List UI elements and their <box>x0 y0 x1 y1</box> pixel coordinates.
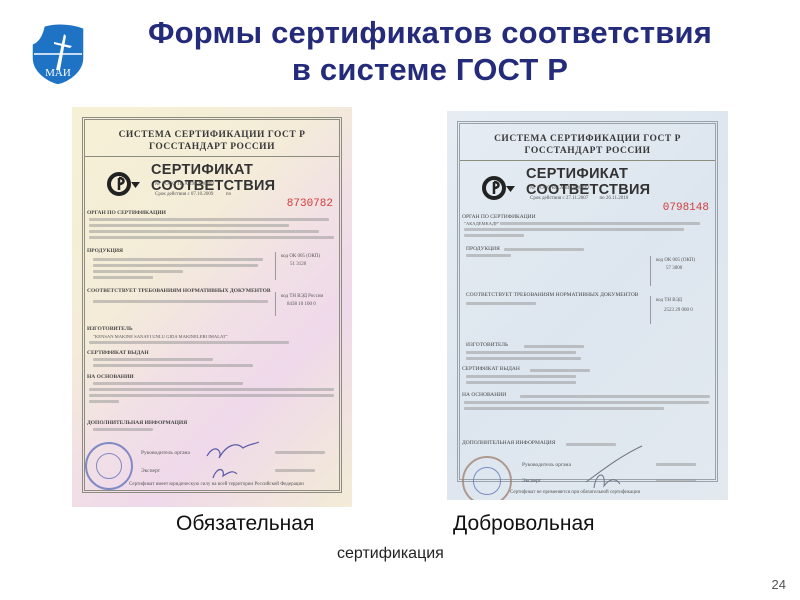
cert-footer: Сертификат имеет юридическую силу на все… <box>129 482 304 488</box>
text-line <box>520 395 710 398</box>
text-line <box>656 479 696 482</box>
title-line-1: Формы сертификатов соответствия <box>130 14 730 51</box>
head-of-body-label: Руководитель органа <box>522 462 571 468</box>
text-line <box>464 401 709 404</box>
text-line <box>93 382 243 385</box>
section-additional-info: ДОПОЛНИТЕЛЬНАЯ ИНФОРМАЦИЯ <box>87 420 187 426</box>
code-box <box>650 296 651 324</box>
text-line <box>464 234 524 237</box>
cert-header-line-2: ГОССТАНДАРТ РОССИИ <box>85 142 339 152</box>
text-line <box>89 236 334 239</box>
section-product: ПРОДУКЦИЯ <box>87 248 123 254</box>
text-line <box>464 407 664 410</box>
divider <box>85 156 339 157</box>
section-manufacturer: ИЗГОТОВИТЕЛЬ <box>466 342 508 348</box>
signature-icon <box>203 438 263 482</box>
text-line <box>89 341 289 344</box>
okp-code-value: 51 3120 <box>290 262 306 268</box>
text-line <box>466 357 581 360</box>
text-line <box>466 375 576 378</box>
caption-certification: сертификация <box>337 545 444 563</box>
text-line <box>504 248 584 251</box>
cert-header-line-2: ГОССТАНДАРТ РОССИИ <box>460 146 715 156</box>
certificate-frame: СИСТЕМА СЕРТИФИКАЦИИ ГОСТ Р ГОССТАНДАРТ … <box>457 121 718 482</box>
okp-code-label: код ОК 005 (ОКП) <box>656 258 695 264</box>
certification-org: "АКАДЕМКАДР" <box>464 221 500 227</box>
caption-mandatory: Обязательная <box>176 512 314 536</box>
text-line <box>466 351 576 354</box>
section-certification-body: ОРГАН ПО СЕРТИФИКАЦИИ <box>87 210 166 216</box>
text-line <box>93 276 153 279</box>
mandatory-certificate-image: СИСТЕМА СЕРТИФИКАЦИИ ГОСТ Р ГОССТАНДАРТ … <box>72 107 352 507</box>
text-line <box>466 302 536 305</box>
text-line <box>89 224 289 227</box>
cert-validity: Срок действия с 27.11.2007 по 26.11.2010 <box>530 196 628 202</box>
cert-number: 8730782 <box>287 198 333 210</box>
cert-title: СЕРТИФИКАТ СООТВЕТСТВИЯ <box>526 166 715 198</box>
text-line <box>93 364 253 367</box>
cert-reg-number: № РОСС RU.АЯ46.В30349 <box>530 186 589 192</box>
code-box <box>650 256 651 286</box>
text-line <box>93 258 263 261</box>
text-line <box>89 394 334 397</box>
expert-label: Эксперт <box>522 478 541 484</box>
section-normative-docs: СООТВЕТСТВУЕТ ТРЕБОВАНИЯМ НОРМАТИВНЫХ ДО… <box>87 288 271 294</box>
title-line-2: в системе ГОСТ Р <box>130 51 730 88</box>
rs-mark-icon <box>482 176 516 200</box>
tnved-code-label: код ТН ВЭД России <box>281 294 323 300</box>
text-line <box>466 254 511 257</box>
slide-title: Формы сертификатов соответствия в систем… <box>130 14 730 88</box>
text-line <box>656 463 696 466</box>
expert-label: Эксперт <box>141 468 160 474</box>
text-line <box>89 230 319 233</box>
caption-voluntary: Добровольная <box>453 512 595 536</box>
cert-header-line-1: СИСТЕМА СЕРТИФИКАЦИИ ГОСТ Р <box>460 134 715 144</box>
section-manufacturer: ИЗГОТОВИТЕЛЬ <box>87 326 133 332</box>
page-number: 24 <box>772 577 786 592</box>
voluntary-certificate-image: СИСТЕМА СЕРТИФИКАЦИИ ГОСТ Р ГОССТАНДАРТ … <box>447 111 728 500</box>
signature-icon <box>580 442 650 492</box>
text-line <box>93 428 153 431</box>
mai-logo-icon: МАИ <box>30 22 86 86</box>
text-line <box>93 264 258 267</box>
text-line <box>93 358 213 361</box>
section-basis: НА ОСНОВАНИИ <box>462 392 506 398</box>
section-certification-body: ОРГАН ПО СЕРТИФИКАЦИИ <box>462 214 536 220</box>
okp-code-value: 57 3000 <box>666 266 682 272</box>
cert-reg-number: № РОСС TR.АИ98.А00488 <box>155 182 214 188</box>
cert-header-line-1: СИСТЕМА СЕРТИФИКАЦИИ ГОСТ Р <box>85 130 339 140</box>
text-line <box>93 270 183 273</box>
section-normative-docs: СООТВЕТСТВУЕТ ТРЕБОВАНИЯМ НОРМАТИВНЫХ ДО… <box>466 292 638 298</box>
manufacturer-name: "KENSAN MAKINE SANAYI UNLU GIDA MAKINELE… <box>93 334 228 340</box>
text-line <box>89 218 329 221</box>
text-line <box>93 300 268 303</box>
cert-validity: Срок действия с 07.10.2009 по <box>155 192 231 198</box>
section-issued-to: СЕРТИФИКАТ ВЫДАН <box>462 366 520 372</box>
cert-footer: Сертификат не применяется при обязательн… <box>510 490 640 496</box>
section-additional-info: ДОПОЛНИТЕЛЬНАЯ ИНФОРМАЦИЯ <box>462 440 555 446</box>
svg-text:МАИ: МАИ <box>45 67 71 79</box>
text-line <box>524 345 584 348</box>
text-line <box>464 228 684 231</box>
rs-mark-icon <box>107 172 141 196</box>
text-line <box>275 469 315 472</box>
text-line <box>89 400 119 403</box>
cert-number: 0798148 <box>663 202 709 214</box>
section-product: ПРОДУКЦИЯ <box>466 246 500 252</box>
section-issued-to: СЕРТИФИКАТ ВЫДАН <box>87 350 149 356</box>
seal-stamp-icon <box>462 456 512 500</box>
text-line <box>275 451 325 454</box>
divider <box>460 160 715 161</box>
code-box <box>275 252 276 280</box>
cert-title: СЕРТИФИКАТ СООТВЕТСТВИЯ <box>151 162 339 194</box>
code-box <box>275 292 276 316</box>
section-basis: НА ОСНОВАНИИ <box>87 374 134 380</box>
tnved-code-value: 8438 10 100 0 <box>287 302 316 308</box>
tnved-code-label: код ТН ВЭД <box>656 298 682 304</box>
okp-code-label: код ОК 005 (ОКП) <box>281 254 320 260</box>
text-line <box>89 388 334 391</box>
certificate-frame: СИСТЕМА СЕРТИФИКАЦИИ ГОСТ Р ГОССТАНДАРТ … <box>82 117 342 493</box>
text-line <box>530 369 590 372</box>
text-line <box>466 381 576 384</box>
tnved-code-value: 2523 29 000 0 <box>664 308 693 314</box>
seal-stamp-icon <box>85 442 133 490</box>
text-line <box>500 222 700 225</box>
head-of-body-label: Руководитель органа <box>141 450 190 456</box>
